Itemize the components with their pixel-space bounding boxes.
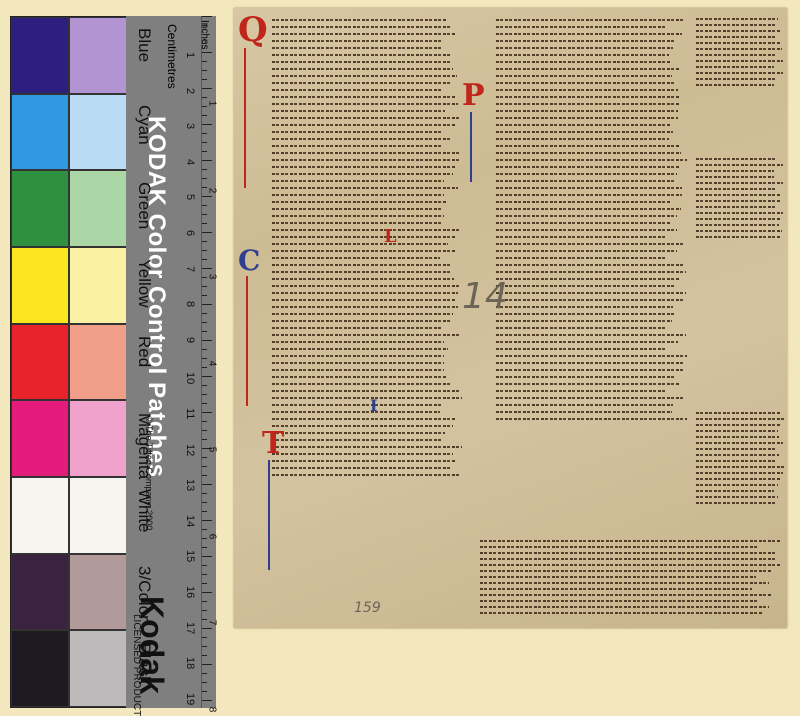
- cm-tick-label: 9: [184, 337, 196, 343]
- script-line: [272, 425, 453, 427]
- script-line: [272, 390, 461, 392]
- script-line: [272, 341, 444, 343]
- script-line: [272, 348, 448, 350]
- script-line: [696, 170, 774, 172]
- cm-tick-label: 2: [184, 88, 196, 94]
- text-column-left: [272, 14, 462, 481]
- cm-tick-label: 7: [184, 266, 196, 272]
- script-line: [496, 313, 676, 315]
- script-line: [272, 292, 458, 294]
- script-line: [272, 404, 441, 406]
- script-line: [272, 215, 444, 217]
- script-line: [696, 212, 783, 214]
- script-line: [496, 369, 685, 371]
- script-line: [696, 502, 776, 504]
- cm-tick-label: 19: [184, 693, 196, 705]
- script-line: [272, 222, 442, 224]
- script-line: [496, 327, 667, 329]
- patch-label: Blue: [134, 28, 154, 62]
- cm-tick-label: 12: [184, 444, 196, 456]
- script-line: [496, 26, 667, 28]
- gloss-column-lower: [696, 408, 784, 508]
- script-line: [696, 158, 775, 160]
- patch-label: Cyan: [134, 105, 154, 145]
- initial-i: I: [370, 396, 377, 415]
- script-line: [696, 200, 780, 202]
- color-patches: [10, 16, 126, 708]
- script-line: [696, 448, 775, 450]
- script-line: [480, 570, 771, 572]
- patch-label: Green: [134, 182, 154, 229]
- gloss-column-middle: [696, 154, 784, 242]
- inch-tick-label: 6: [207, 533, 218, 539]
- script-line: [696, 42, 780, 44]
- script-line: [496, 306, 673, 308]
- script-line: [496, 376, 675, 378]
- script-line: [496, 397, 685, 399]
- script-line: [272, 152, 461, 154]
- script-line: [272, 271, 451, 273]
- script-line: [480, 552, 776, 554]
- patch-label: Red: [134, 336, 154, 367]
- script-line: [696, 36, 777, 38]
- script-line: [496, 362, 685, 364]
- patch-black-dark: [11, 630, 69, 707]
- script-line: [496, 201, 670, 203]
- script-line: [696, 436, 779, 438]
- script-line: [496, 33, 682, 35]
- script-line: [696, 72, 783, 74]
- script-line: [496, 124, 670, 126]
- script-line: [272, 439, 443, 441]
- script-line: [696, 188, 777, 190]
- script-line: [696, 412, 781, 414]
- script-line: [480, 576, 756, 578]
- script-line: [496, 159, 687, 161]
- cm-tick-label: 3: [184, 123, 196, 129]
- script-line: [272, 138, 451, 140]
- cm-tick-label: 13: [184, 479, 196, 491]
- script-line: [272, 411, 440, 413]
- script-line: [696, 48, 782, 50]
- patch-blue-light: [69, 17, 127, 94]
- patch-label: Magenta: [134, 413, 154, 479]
- patch-red-dark: [11, 324, 69, 401]
- initial-flourish: [470, 112, 472, 182]
- script-line: [272, 376, 446, 378]
- script-line: [272, 313, 453, 315]
- patch-yellow-dark: [11, 247, 69, 324]
- script-line: [272, 453, 453, 455]
- pencil-folio-159: 159: [354, 600, 381, 616]
- script-line: [696, 206, 776, 208]
- script-line: [272, 117, 459, 119]
- script-line: [480, 588, 752, 590]
- initial-flourish: [244, 48, 246, 188]
- script-line: [696, 24, 777, 26]
- patch-white-light: [69, 477, 127, 554]
- script-line: [272, 306, 458, 308]
- patch-3-color-light: [69, 554, 127, 631]
- ruler-scale: 12345678: [201, 16, 216, 708]
- gloss-column-top: [696, 14, 784, 90]
- patch-yellow-light: [69, 247, 127, 324]
- script-line: [496, 334, 686, 336]
- script-line: [480, 606, 769, 608]
- script-line: [696, 218, 781, 220]
- script-line: [272, 19, 446, 21]
- patch-green-dark: [11, 170, 69, 247]
- initial-c: C: [238, 244, 260, 277]
- script-line: [496, 194, 682, 196]
- script-line: [272, 397, 462, 399]
- script-line: [496, 348, 665, 350]
- kodak-color-chart: Inches Centimetres 12345678 123456789101…: [10, 16, 216, 708]
- script-line: [480, 558, 775, 560]
- cm-tick-label: 6: [184, 230, 196, 236]
- script-line: [480, 546, 759, 548]
- script-line: [496, 341, 678, 343]
- script-line: [272, 229, 459, 231]
- script-line: [696, 84, 774, 86]
- cm-tick-label: 4: [184, 159, 196, 165]
- script-line: [496, 222, 671, 224]
- cm-tick-label: 16: [184, 586, 196, 598]
- script-line: [696, 236, 780, 238]
- script-line: [696, 496, 778, 498]
- script-line: [272, 187, 458, 189]
- script-line: [480, 594, 772, 596]
- script-line: [272, 75, 457, 77]
- script-line: [272, 131, 442, 133]
- script-line: [696, 430, 778, 432]
- initial-q: Q: [238, 10, 268, 50]
- script-line: [496, 243, 683, 245]
- script-line: [272, 96, 456, 98]
- script-line: [496, 383, 679, 385]
- patch-magenta-dark: [11, 400, 69, 477]
- patch-label: Yellow: [134, 259, 154, 308]
- patch-blue-dark: [11, 17, 69, 94]
- patch-green-light: [69, 170, 127, 247]
- script-line: [696, 164, 783, 166]
- script-line: [272, 299, 456, 301]
- script-line: [696, 78, 777, 80]
- script-line: [496, 271, 686, 273]
- cm-tick-label: 18: [184, 657, 196, 669]
- script-line: [496, 54, 669, 56]
- script-line: [496, 47, 673, 49]
- cm-tick-label: 14: [184, 515, 196, 527]
- script-line: [496, 19, 685, 21]
- script-line: [696, 484, 778, 486]
- script-line: [272, 334, 461, 336]
- script-line: [496, 82, 676, 84]
- script-line: [272, 383, 450, 385]
- script-line: [496, 390, 667, 392]
- script-line: [496, 250, 677, 252]
- script-line: [272, 61, 451, 63]
- script-line: [496, 61, 670, 63]
- script-line: [480, 564, 781, 566]
- script-line: [696, 418, 784, 420]
- script-line: [696, 466, 784, 468]
- script-line: [272, 474, 461, 476]
- script-line: [696, 460, 776, 462]
- script-line: [496, 166, 679, 168]
- script-line: [272, 166, 456, 168]
- script-line: [696, 194, 781, 196]
- script-line: [496, 215, 677, 217]
- script-line: [272, 432, 445, 434]
- script-line: [496, 236, 665, 238]
- script-line: [272, 369, 444, 371]
- script-line: [480, 612, 762, 614]
- script-line: [272, 103, 458, 105]
- script-line: [480, 540, 781, 542]
- script-line: [272, 145, 441, 147]
- script-line: [696, 18, 778, 20]
- patch-3-color-dark: [11, 554, 69, 631]
- script-line: [272, 320, 451, 322]
- script-line: [272, 180, 444, 182]
- patch-cyan-light: [69, 94, 127, 171]
- script-line: [272, 33, 456, 35]
- script-line: [272, 68, 453, 70]
- inch-tick-label: 8: [207, 706, 218, 712]
- script-line: [272, 446, 462, 448]
- cm-tick-label: 17: [184, 622, 196, 634]
- text-column-middle: [496, 14, 688, 425]
- script-line: [272, 159, 459, 161]
- initial-flourish: [268, 460, 270, 570]
- script-line: [272, 460, 455, 462]
- script-line: [696, 424, 781, 426]
- script-line: [496, 68, 679, 70]
- script-line: [272, 285, 460, 287]
- script-line: [496, 285, 674, 287]
- script-line: [272, 82, 452, 84]
- script-line: [496, 404, 673, 406]
- script-line: [496, 131, 673, 133]
- script-line: [496, 138, 669, 140]
- script-line: [272, 362, 444, 364]
- script-line: [496, 89, 678, 91]
- script-line: [496, 103, 679, 105]
- script-line: [696, 490, 774, 492]
- inch-tick-label: 5: [207, 447, 218, 453]
- inch-tick-label: 4: [207, 360, 218, 366]
- script-line: [696, 60, 783, 62]
- script-line: [272, 327, 441, 329]
- script-line: [272, 278, 454, 280]
- script-line: [272, 110, 445, 112]
- script-line: [272, 40, 441, 42]
- script-line: [696, 182, 783, 184]
- cm-tick-label: 1: [184, 52, 196, 58]
- script-line: [272, 243, 448, 245]
- script-line: [480, 582, 769, 584]
- script-line: [496, 75, 672, 77]
- script-line: [696, 54, 776, 56]
- patch-label: Black: [134, 643, 154, 685]
- script-line: [272, 467, 450, 469]
- script-line: [496, 96, 679, 98]
- script-line: [496, 418, 687, 420]
- script-line: [272, 208, 442, 210]
- script-line: [496, 292, 686, 294]
- initial-l: L: [384, 226, 397, 247]
- patch-label: 3/Color: [134, 566, 154, 621]
- script-line: [696, 454, 779, 456]
- script-line: [272, 264, 451, 266]
- cm-tick-label: 8: [184, 301, 196, 307]
- inch-tick-label: 7: [207, 620, 218, 626]
- pencil-folio-14: 14: [462, 276, 508, 317]
- script-line: [272, 89, 443, 91]
- script-line: [496, 278, 680, 280]
- script-line: [496, 320, 672, 322]
- script-line: [496, 411, 672, 413]
- patch-white-dark: [11, 477, 69, 554]
- script-line: [696, 442, 783, 444]
- script-line: [272, 173, 453, 175]
- patch-magenta-light: [69, 400, 127, 477]
- manuscript-fragment: Q P C T I L 14 159: [234, 8, 787, 628]
- script-line: [496, 117, 678, 119]
- script-line: [496, 173, 677, 175]
- script-line: [696, 230, 782, 232]
- cm-tick-label: 10: [184, 372, 196, 384]
- script-line: [272, 418, 455, 420]
- script-line: [272, 194, 444, 196]
- patch-label: White: [134, 489, 154, 532]
- initial-flourish: [246, 276, 248, 406]
- inch-tick-label: 2: [207, 187, 218, 193]
- script-line: [496, 180, 675, 182]
- ruler-strip: Inches Centimetres 12345678 123456789101…: [126, 16, 216, 708]
- initial-t: T: [262, 426, 284, 461]
- script-line: [496, 40, 675, 42]
- cm-tick-label: 11: [184, 408, 196, 419]
- cm-tick-label: 15: [184, 550, 196, 562]
- script-line: [496, 110, 678, 112]
- patch-cyan-dark: [11, 94, 69, 171]
- script-line: [272, 257, 440, 259]
- script-line: [496, 152, 681, 154]
- script-line: [496, 355, 687, 357]
- script-line: [272, 26, 450, 28]
- script-line: [272, 250, 456, 252]
- script-line: [696, 224, 779, 226]
- script-line: [496, 264, 685, 266]
- script-line: [496, 145, 679, 147]
- script-line: [272, 355, 444, 357]
- script-line: [696, 478, 781, 480]
- script-line: [696, 472, 783, 474]
- inch-tick-label: 1: [207, 101, 218, 107]
- inch-tick-label: 3: [207, 274, 218, 280]
- initial-p: P: [462, 78, 485, 113]
- patch-red-light: [69, 324, 127, 401]
- cm-tick-label: 5: [184, 194, 196, 200]
- script-line: [480, 600, 758, 602]
- script-line: [272, 201, 446, 203]
- text-block-bottom: [480, 536, 784, 618]
- script-line: [272, 54, 450, 56]
- script-line: [272, 47, 442, 49]
- script-line: [496, 187, 682, 189]
- script-line: [496, 208, 681, 210]
- script-line: [696, 66, 774, 68]
- script-line: [696, 176, 774, 178]
- centimetres-label: Centimetres: [165, 24, 179, 89]
- script-line: [496, 299, 683, 301]
- script-line: [696, 30, 780, 32]
- script-line: [496, 257, 667, 259]
- script-line: [272, 124, 455, 126]
- script-line: [496, 229, 677, 231]
- script-line: [272, 236, 456, 238]
- patch-black-light: [69, 630, 127, 707]
